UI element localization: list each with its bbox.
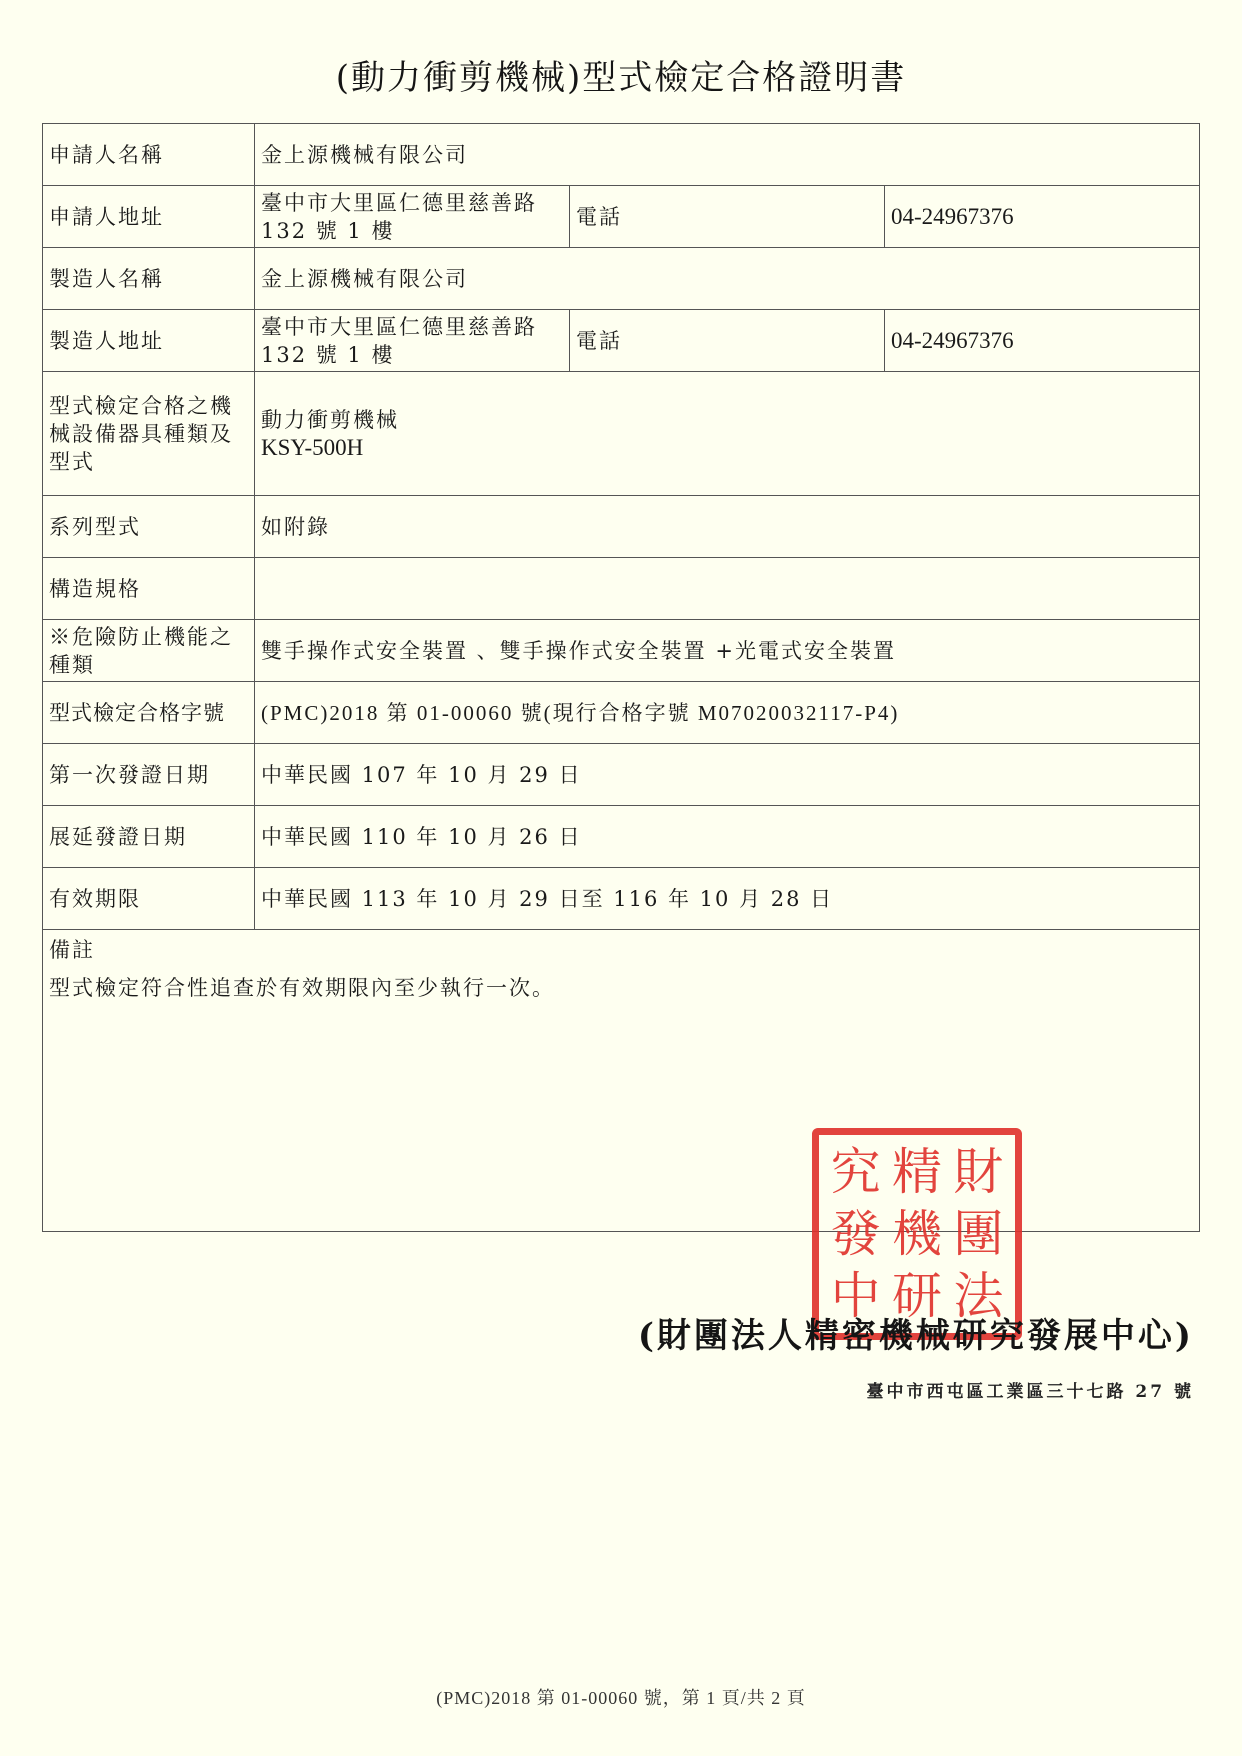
- equipment-model: KSY-500H: [261, 434, 1193, 462]
- equipment-type-value: 動力衝剪機械 KSY-500H: [255, 372, 1200, 496]
- structure-spec-value: [255, 558, 1200, 620]
- table-row-structure-spec: 構造規格: [43, 558, 1200, 620]
- validity-period-value: 中華民國 113 年 10 月 29 日至 116 年 10 月 28 日: [255, 868, 1200, 930]
- applicant-phone-value: 04-24967376: [885, 186, 1200, 248]
- seal-char: 財: [948, 1141, 1009, 1203]
- table-row-applicant-address: 申請人地址 臺中市大里區仁德里慈善路 132 號 1 樓 電話 04-24967…: [43, 186, 1200, 248]
- structure-spec-label: 構造規格: [43, 558, 255, 620]
- manufacturer-phone-label: 電話: [570, 310, 885, 372]
- manufacturer-address-value: 臺中市大里區仁德里慈善路 132 號 1 樓: [255, 310, 570, 372]
- page-footer: (PMC)2018 第 01-00060 號，第 1 頁/共 2 頁: [0, 1684, 1242, 1710]
- manufacturer-phone-value: 04-24967376: [885, 310, 1200, 372]
- hazard-prevention-value: 雙手操作式安全裝置 、雙手操作式安全裝置 +光電式安全裝置: [255, 620, 1200, 682]
- remarks-label: 備註: [49, 936, 1193, 964]
- document-title: (動力衝剪機械)型式檢定合格證明書: [0, 50, 1242, 99]
- series-model-label: 系列型式: [43, 496, 255, 558]
- first-issue-date-label: 第一次發證日期: [43, 744, 255, 806]
- table-row-manufacturer-name: 製造人名稱 金上源機械有限公司: [43, 248, 1200, 310]
- table-row-first-issue-date: 第一次發證日期 中華民國 107 年 10 月 29 日: [43, 744, 1200, 806]
- renewal-date-value: 中華民國 110 年 10 月 26 日: [255, 806, 1200, 868]
- first-issue-date-value: 中華民國 107 年 10 月 29 日: [255, 744, 1200, 806]
- applicant-name-label: 申請人名稱: [43, 124, 255, 186]
- table-row-series-model: 系列型式 如附錄: [43, 496, 1200, 558]
- equipment-type-name: 動力衝剪機械: [261, 406, 1193, 434]
- applicant-address-label: 申請人地址: [43, 186, 255, 248]
- remarks-cell: 備註 型式檢定符合性追查於有效期限內至少執行一次。: [43, 930, 1200, 1232]
- seal-char: 機: [886, 1203, 947, 1265]
- equipment-type-label: 型式檢定合格之機械設備器具種類及型式: [43, 372, 255, 496]
- table-row-renewal-date: 展延發證日期 中華民國 110 年 10 月 26 日: [43, 806, 1200, 868]
- table-row-equipment-type: 型式檢定合格之機械設備器具種類及型式 動力衝剪機械 KSY-500H: [43, 372, 1200, 496]
- series-model-value: 如附錄: [255, 496, 1200, 558]
- manufacturer-name-value: 金上源機械有限公司: [255, 248, 1200, 310]
- certificate-table: 申請人名稱 金上源機械有限公司 申請人地址 臺中市大里區仁德里慈善路 132 號…: [42, 123, 1200, 1232]
- table-row-remarks: 備註 型式檢定符合性追查於有效期限內至少執行一次。: [43, 930, 1200, 1232]
- manufacturer-address-label: 製造人地址: [43, 310, 255, 372]
- applicant-phone-label: 電話: [570, 186, 885, 248]
- table-row-certificate-number: 型式檢定合格字號 (PMC)2018 第 01-00060 號(現行合格字號 M…: [43, 682, 1200, 744]
- certificate-number-label: 型式檢定合格字號: [43, 682, 255, 744]
- seal-char: 究: [825, 1141, 886, 1203]
- table-row-hazard-prevention: ※危險防止機能之種類 雙手操作式安全裝置 、雙手操作式安全裝置 +光電式安全裝置: [43, 620, 1200, 682]
- manufacturer-name-label: 製造人名稱: [43, 248, 255, 310]
- hazard-prevention-label: ※危險防止機能之種類: [43, 620, 255, 682]
- applicant-name-value: 金上源機械有限公司: [255, 124, 1200, 186]
- table-row-manufacturer-address: 製造人地址 臺中市大里區仁德里慈善路 132 號 1 樓 電話 04-24967…: [43, 310, 1200, 372]
- seal-char: 發: [825, 1203, 886, 1265]
- remarks-text: 型式檢定符合性追查於有效期限內至少執行一次。: [49, 976, 555, 1000]
- renewal-date-label: 展延發證日期: [43, 806, 255, 868]
- applicant-address-value: 臺中市大里區仁德里慈善路 132 號 1 樓: [255, 186, 570, 248]
- validity-period-label: 有效期限: [43, 868, 255, 930]
- issuer-address: 臺中市西屯區工業區三十七路 27 號: [867, 1377, 1195, 1402]
- seal-char: 精: [886, 1141, 947, 1203]
- seal-char: 團: [948, 1203, 1009, 1265]
- certificate-number-value: (PMC)2018 第 01-00060 號(現行合格字號 M070200321…: [255, 682, 1200, 744]
- table-row-applicant-name: 申請人名稱 金上源機械有限公司: [43, 124, 1200, 186]
- table-row-validity-period: 有效期限 中華民國 113 年 10 月 29 日至 116 年 10 月 28…: [43, 868, 1200, 930]
- issuer-name: (財團法人精密機械研究發展中心): [638, 1308, 1194, 1357]
- seal-characters: 究 精 財 發 機 團 中 研 法: [825, 1141, 1009, 1327]
